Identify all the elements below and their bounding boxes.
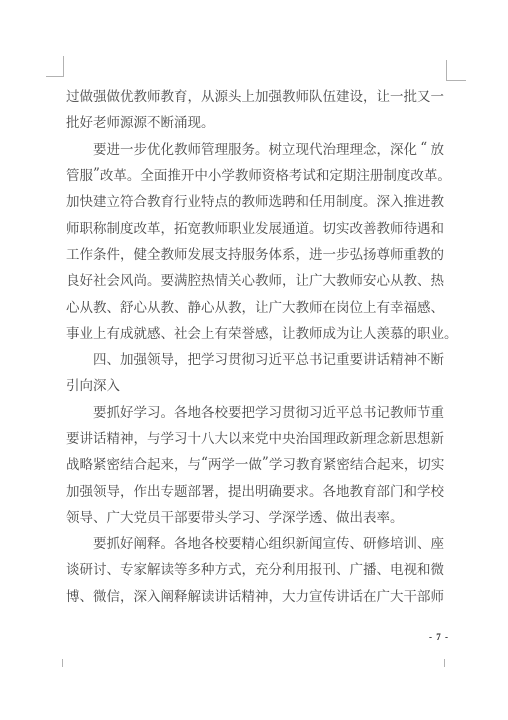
- section-heading-line: 引向深入: [66, 371, 444, 397]
- text-line: 加强领导，作出专题部署，提出明确要求。各地教育部门和学校: [66, 476, 444, 502]
- text-line: 要抓好阐释。各地各校要精心组织新闻宣传、研修培训、座: [66, 529, 444, 555]
- text-line: 谈研讨、专家解读等多种方式，充分利用报刊、广播、电视和微: [66, 555, 444, 581]
- text-line: 工作条件，健全教师发展支持服务体系，进一步弘扬尊师重教的: [66, 240, 444, 266]
- text-line: 要抓好学习。各地各校要把学习贯彻习近平总书记教师节重: [66, 398, 444, 424]
- text-line: 战略紧密结合起来，与“两学一做”学习教育紧密结合起来，切实: [66, 450, 444, 476]
- section-heading-line: 四、加强领导，把学习贯彻习近平总书记重要讲话精神不断: [66, 345, 444, 371]
- crop-mark-top-left: [46, 56, 64, 77]
- text-line: 要讲话精神，与学习十八大以来党中央治国理政新理念新思想新: [66, 424, 444, 450]
- text-block: 过做强做优教师教育，从源头上加强教师队伍建设，让一批又一 批好老师源源不断涌现。…: [66, 82, 444, 608]
- text-line: 博、微信，深入阐释解读讲话精神，大力宣传讲话在广大干部师: [66, 582, 444, 608]
- text-line: 领导、广大党员干部要带头学习、学深学透、做出表率。: [66, 503, 444, 529]
- text-line: 管服”改革。全面推开中小学教师资格考试和定期注册制度改革。: [66, 161, 444, 187]
- text-line: 批好老师源源不断涌现。: [66, 108, 444, 134]
- text-line: 良好社会风尚。要满腔热情关心教师，让广大教师安心从教、热: [66, 266, 444, 292]
- text-line: 要进一步优化教师管理服务。树立现代治理理念，深化“放: [66, 135, 444, 161]
- crop-mark-bottom-right: [444, 659, 445, 667]
- text-line: 事业上有成就感、社会上有荣誉感，让教师成为让人羡慕的职业。: [66, 319, 444, 345]
- text-line: 师职称制度改革，拓宽教师职业发展通道。切实改善教师待遇和: [66, 213, 444, 239]
- page-number: - 7 -: [420, 632, 458, 642]
- crop-mark-bottom-left: [62, 659, 63, 667]
- crop-mark-top-right: [446, 60, 466, 81]
- document-page: 过做强做优教师教育，从源头上加强教师队伍建设，让一批又一 批好老师源源不断涌现。…: [0, 0, 508, 720]
- text-line: 加快建立符合教育行业特点的教师选聘和任用制度。深入推进教: [66, 187, 444, 213]
- text-line: 过做强做优教师教育，从源头上加强教师队伍建设，让一批又一: [66, 82, 444, 108]
- text-line: 心从教、舒心从教、静心从教，让广大教师在岗位上有幸福感、: [66, 292, 444, 318]
